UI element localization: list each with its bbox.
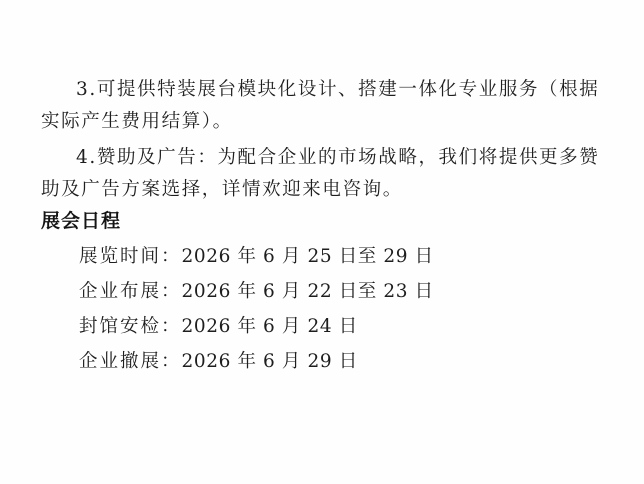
schedule-item-security-check: 封馆安检：2026 年 6 月 24 日 [79, 315, 358, 339]
schedule-heading: 展会日程 [41, 208, 121, 234]
document-page: 3.可提供特装展台模块化设计、搭建一体化专业服务（根据 实际产生费用结算）。 4… [0, 0, 644, 484]
schedule-label: 企业布展： [79, 281, 182, 302]
paragraph-3-line-2: 实际产生费用结算）。 [41, 110, 233, 134]
paragraph-3-line-1: 3.可提供特装展台模块化设计、搭建一体化专业服务（根据 [76, 78, 599, 102]
schedule-value: 2026 年 6 月 25 日至 29 日 [182, 246, 434, 267]
schedule-label: 企业撤展： [79, 351, 182, 372]
schedule-item-teardown: 企业撤展：2026 年 6 月 29 日 [79, 350, 358, 374]
schedule-item-setup: 企业布展：2026 年 6 月 22 日至 23 日 [79, 280, 434, 304]
schedule-value: 2026 年 6 月 22 日至 23 日 [182, 281, 434, 302]
paragraph-4-line-1: 4.赞助及广告：为配合企业的市场战略，我们将提供更多赞 [76, 146, 599, 170]
paragraph-4-line-2: 助及广告方案选择，详情欢迎来电咨询。 [41, 178, 403, 202]
schedule-value: 2026 年 6 月 24 日 [182, 316, 358, 337]
schedule-label: 封馆安检： [79, 316, 182, 337]
schedule-label: 展览时间： [79, 246, 182, 267]
schedule-value: 2026 年 6 月 29 日 [182, 351, 358, 372]
schedule-item-exhibition-time: 展览时间：2026 年 6 月 25 日至 29 日 [79, 245, 434, 269]
